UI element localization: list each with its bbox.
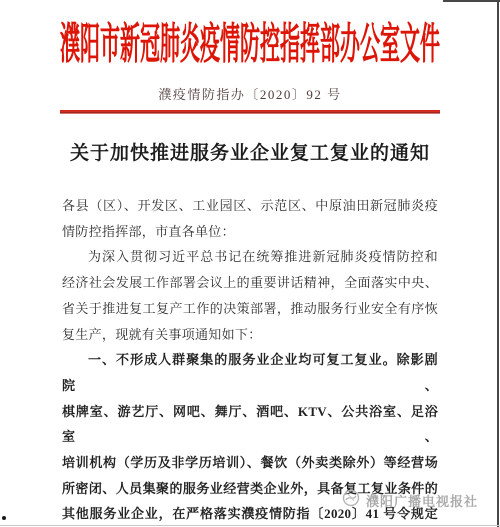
press-watermark: 濮阳广播电视报社: [342, 489, 478, 512]
body-line: 培训机构（学历及非学历培训）、餐饮（外卖类除外）等经营场: [62, 450, 438, 476]
body-line: 一、不形成人群聚集的服务业企业均可复工复业。除影剧院、: [62, 347, 438, 398]
letterhead-title: 濮阳市新冠肺炎疫情防控指挥部办公室文件: [60, 9, 440, 71]
notice-body: 各县（区）、开发区、工业园区、示范区、中原油田新冠肺炎疫 情防控指挥部，市直各单…: [62, 193, 438, 527]
scanned-official-document: 濮阳市新冠肺炎疫情防控指挥部办公室文件 濮疫情防指办〔2020〕92 号 关于加…: [0, 0, 500, 527]
body-line: 经济社会发展工作部署会议上的重要讲话精神，全面落实中央、: [62, 270, 438, 296]
red-separator-rule: [60, 110, 440, 114]
letterhead: 濮阳市新冠肺炎疫情防控指挥部办公室文件: [0, 9, 500, 38]
scan-edge-right: [497, 0, 499, 527]
body-line: 各县（区）、开发区、工业园区、示范区、中原油田新冠肺炎疫: [62, 193, 438, 219]
body-line: 复生产，现就有关事项通知如下：: [62, 322, 438, 348]
body-line: 省关于推进复工复产工作的决策部署，推动服务行业安全有序恢: [62, 296, 438, 322]
scan-edge-bottom: [0, 525, 500, 526]
body-line: 情防控指挥部，市直各单位：: [62, 219, 438, 245]
body-line: 为深入贯彻习近平总书记在统筹推进新冠肺炎疫情防控和: [62, 244, 438, 270]
scan-artifact-dot: [2, 516, 6, 520]
press-logo-icon: [342, 489, 360, 512]
press-watermark-label: 濮阳广播电视报社: [366, 491, 478, 510]
document-number: 濮疫情防指办〔2020〕92 号: [0, 84, 500, 103]
scan-edge-top-right: [443, 0, 500, 2]
notice-title: 关于加快推进服务业企业复工复业的通知: [0, 138, 500, 165]
body-line: 棋牌室、游艺厅、网吧、舞厅、酒吧、KTV、公共浴室、足浴室、: [62, 399, 438, 450]
